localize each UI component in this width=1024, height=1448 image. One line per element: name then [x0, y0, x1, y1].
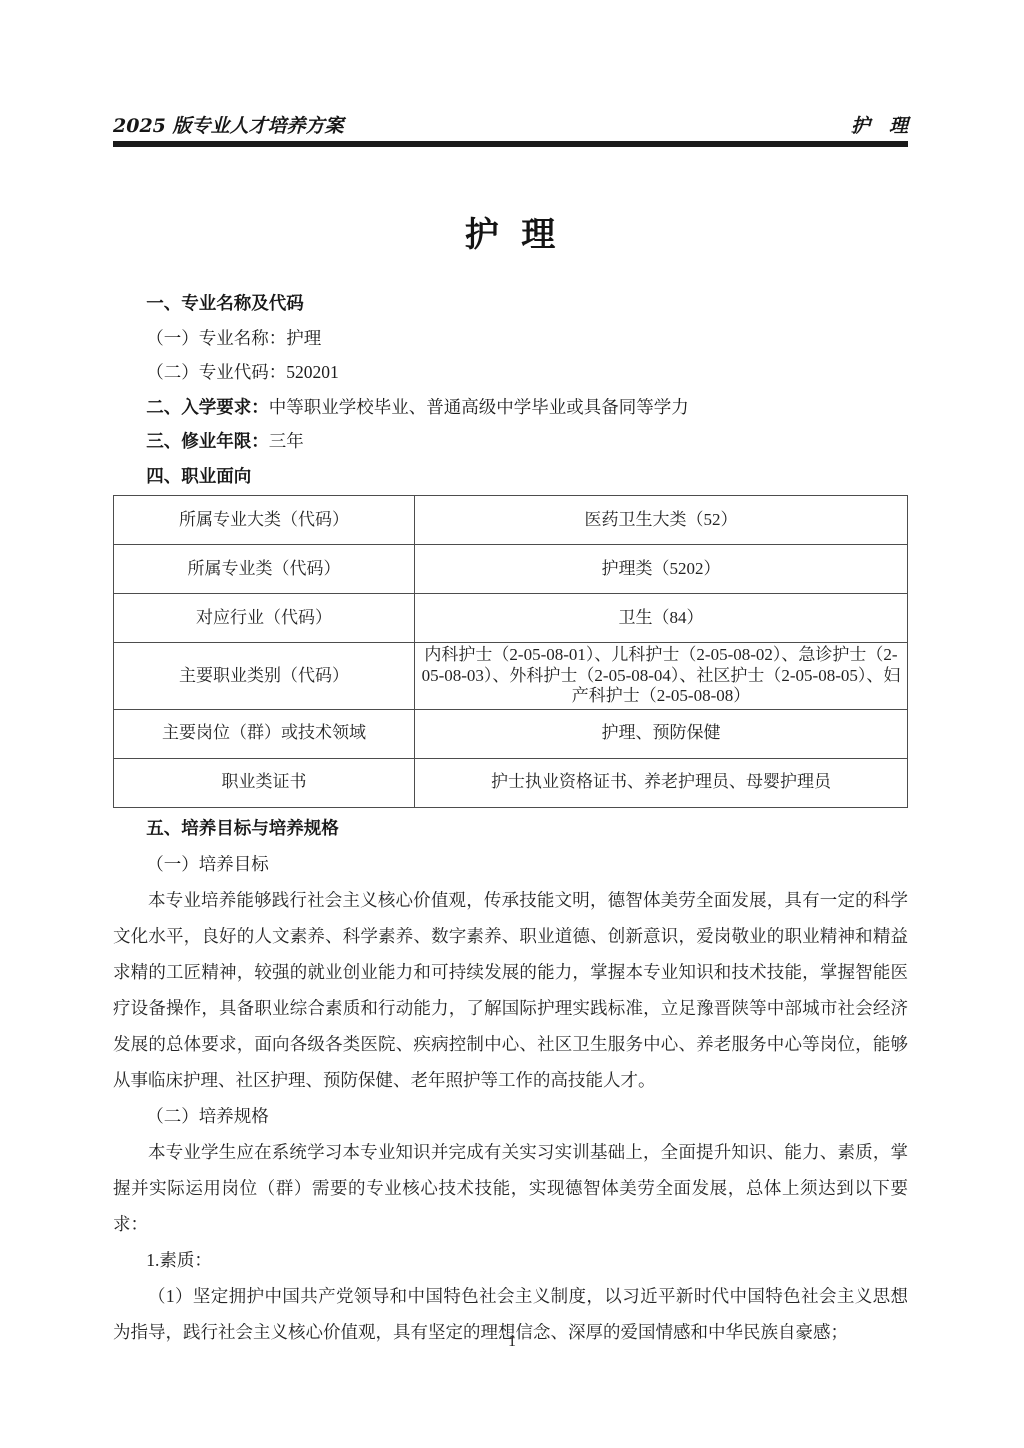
- page-footer: 1: [0, 1332, 1024, 1352]
- section-3-line: 三、修业年限：三年: [113, 424, 908, 459]
- major-code-line: （二）专业代码：520201: [113, 355, 908, 390]
- table-label-cell: 对应行业（代码）: [114, 594, 415, 643]
- header-major-name: 护 理: [851, 114, 908, 138]
- header-doc-title: 2025 版专业人才培养方案: [113, 114, 344, 138]
- table-label-cell: 主要岗位（群）或技术领域: [114, 709, 415, 758]
- table-label-cell: 所属专业大类（代码）: [114, 496, 415, 545]
- table-label-cell: 主要职业类别（代码）: [114, 643, 415, 710]
- table-value-cell: 卫生（84）: [415, 594, 908, 643]
- table-row: 主要岗位（群）或技术领域 护理、预防保健: [114, 709, 908, 758]
- document-page: 2025 版专业人才培养方案 护 理 护 理 一、专业名称及代码 （一）专业名称…: [0, 0, 1024, 1448]
- page-title: 护 理: [113, 214, 908, 258]
- page-number: 1: [508, 1333, 516, 1350]
- table-row: 职业类证书 护士执业资格证书、养老护理员、母婴护理员: [114, 758, 908, 807]
- table-row: 对应行业（代码） 卫生（84）: [114, 594, 908, 643]
- section-2-line: 二、入学要求：中等职业学校毕业、普通高级中学毕业或具备同等学力: [113, 390, 908, 425]
- table-value-cell: 内科护士（2-05-08-01）、儿科护士（2-05-08-02）、急诊护士（2…: [415, 643, 908, 710]
- page-header: 2025 版专业人才培养方案 护 理: [113, 114, 908, 138]
- section-basic-info: 一、专业名称及代码 （一）专业名称：护理 （二）专业代码：520201 二、入学…: [113, 286, 908, 493]
- table-label-cell: 所属专业类（代码）: [114, 545, 415, 594]
- section-2-heading: 二、入学要求：: [146, 397, 269, 417]
- quality-label: 1.素质：: [113, 1242, 908, 1278]
- section-training-objectives: 五、培养目标与培养规格 （一）培养目标 本专业培养能够践行社会主义核心价值观，传…: [113, 810, 908, 1350]
- table-row: 所属专业类（代码） 护理类（5202）: [114, 545, 908, 594]
- training-goal-subheading: （一）培养目标: [113, 846, 908, 882]
- header-rule: [113, 141, 908, 147]
- major-name-line: （一）专业名称：护理: [113, 321, 908, 356]
- training-spec-subheading: （二）培养规格: [113, 1098, 908, 1134]
- section-1-heading: 一、专业名称及代码: [113, 286, 908, 321]
- table-row: 主要职业类别（代码） 内科护士（2-05-08-01）、儿科护士（2-05-08…: [114, 643, 908, 710]
- table-value-cell: 护理、预防保健: [415, 709, 908, 758]
- section-3-heading: 三、修业年限：: [146, 431, 269, 451]
- career-orientation-table: 所属专业大类（代码） 医药卫生大类（52） 所属专业类（代码） 护理类（5202…: [113, 495, 908, 808]
- table-label-cell: 职业类证书: [114, 758, 415, 807]
- table-value-cell: 护理类（5202）: [415, 545, 908, 594]
- entry-requirement-text: 中等职业学校毕业、普通高级中学毕业或具备同等学力: [269, 397, 689, 417]
- training-spec-paragraph: 本专业学生应在系统学习本专业知识并完成有关实习实训基础上，全面提升知识、能力、素…: [113, 1134, 908, 1242]
- table-row: 所属专业大类（代码） 医药卫生大类（52）: [114, 496, 908, 545]
- study-duration-text: 三年: [269, 431, 304, 451]
- document-body: 护 理 一、专业名称及代码 （一）专业名称：护理 （二）专业代码：520201 …: [113, 150, 908, 1350]
- section-5-heading: 五、培养目标与培养规格: [113, 810, 908, 846]
- section-4-heading: 四、职业面向: [113, 459, 908, 494]
- training-goal-paragraph: 本专业培养能够践行社会主义核心价值观，传承技能文明，德智体美劳全面发展，具有一定…: [113, 882, 908, 1098]
- table-value-cell: 护士执业资格证书、养老护理员、母婴护理员: [415, 758, 908, 807]
- table-value-cell: 医药卫生大类（52）: [415, 496, 908, 545]
